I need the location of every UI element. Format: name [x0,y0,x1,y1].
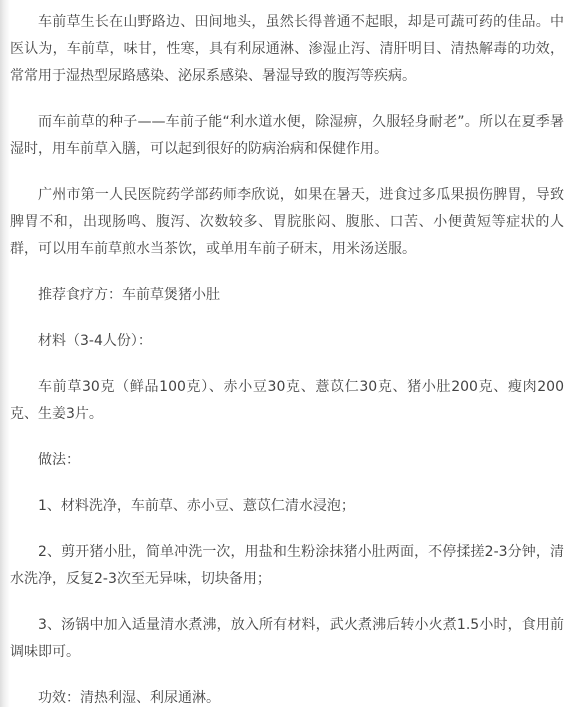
article-body: 车前草生长在山野路边、田间地头，虽然长得普通不起眼，却是可蔬可药的佳品。中医认为… [0,0,584,707]
method-step-1: 1、材料洗净，车前草、赤小豆、薏苡仁清水浸泡； [10,493,564,520]
recipe-title: 推荐食疗方：车前草煲猪小肚 [10,282,564,309]
intro-paragraph: 车前草生长在山野路边、田间地头，虽然长得普通不起眼，却是可蔬可药的佳品。中医认为… [10,9,564,90]
ingredients-heading: 材料（3-4人份）： [10,328,564,355]
method-step-2: 2、剪开猪小肚，简单冲洗一次，用盐和生粉涂抹猪小肚两面，不停揉搓2-3分钟，清水… [10,539,564,593]
method-step-3: 3、汤锅中加入适量清水煮沸，放入所有材料，武火煮沸后转小火煮1.5小时，食用前调… [10,612,564,666]
seed-benefits-paragraph: 而车前草的种子——车前子能“利水道水便，除湿痹，久服轻身耐老”。所以在夏季暑湿时… [10,109,564,163]
ingredients-list: 车前草30克（鲜品100克）、赤小豆30克、薏苡仁30克、猪小肚200克、瘦肉2… [10,374,564,428]
effects-line: 功效：清热利湿、利尿通淋。 [10,685,564,707]
pharmacist-advice-paragraph: 广州市第一人民医院药学部药师李欣说，如果在暑天，进食过多瓜果损伤脾胃，导致脾胃不… [10,182,564,263]
method-heading: 做法： [10,447,564,474]
article-page: 车前草生长在山野路边、田间地头，虽然长得普通不起眼，却是可蔬可药的佳品。中医认为… [0,0,584,707]
